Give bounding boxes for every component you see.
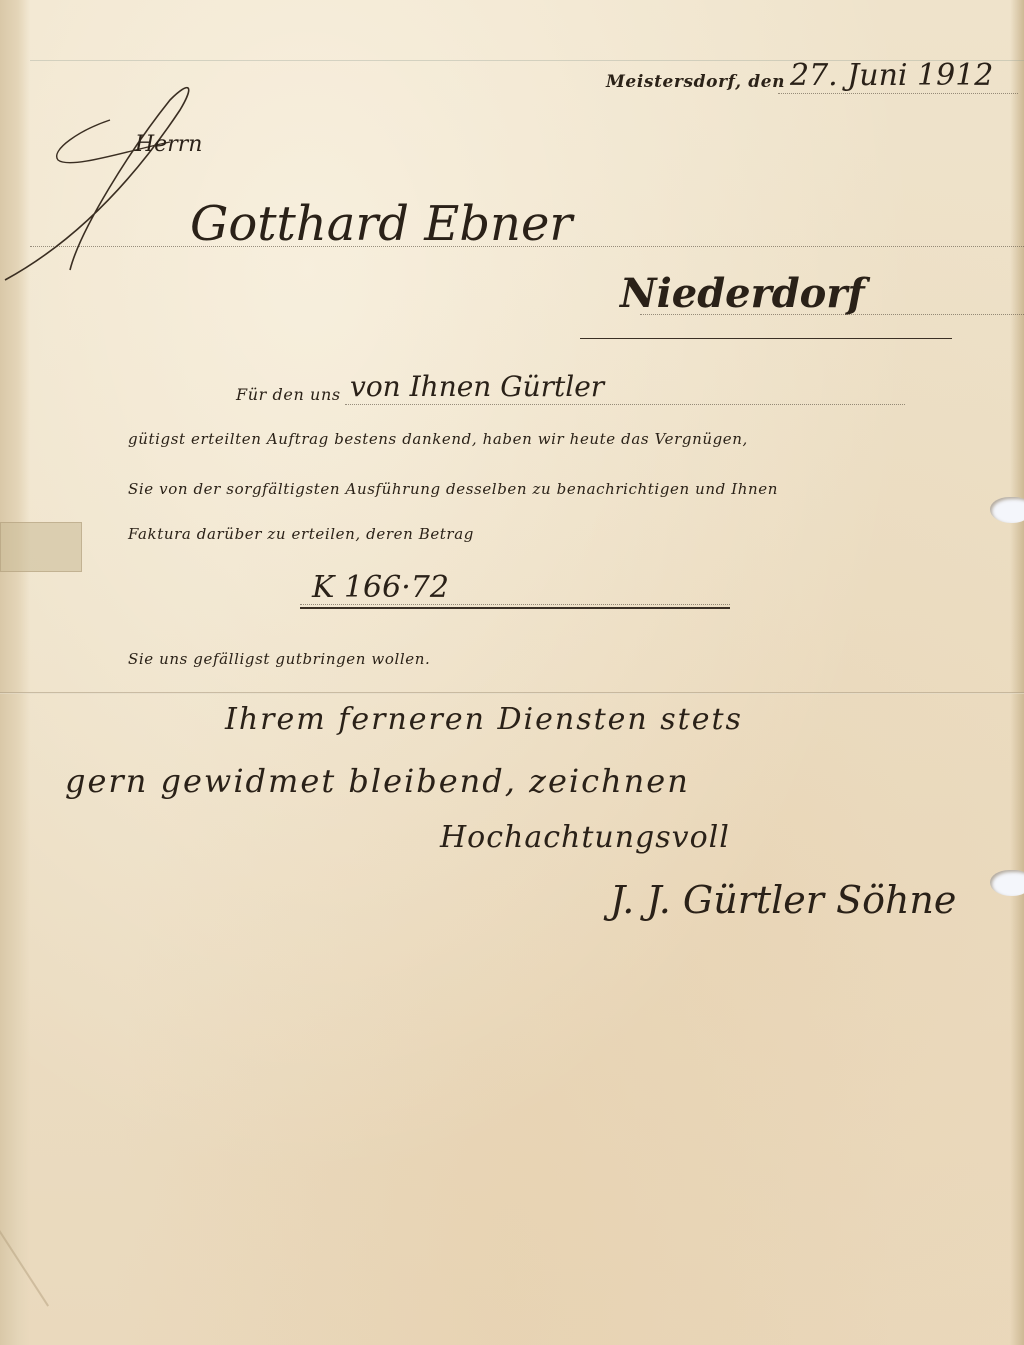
amount-dotted-line — [300, 604, 730, 605]
date-dotted-line — [778, 93, 1018, 94]
fold-line — [0, 692, 1024, 694]
closing-line1: Ihrem ferneren Diensten stets — [225, 702, 743, 737]
punch-hole-lower — [990, 870, 1024, 896]
letter-page: Meistersdorf, den 27. Juni 1912 Herrn Go… — [0, 0, 1024, 1345]
amount-handwritten: K 166·72 — [312, 570, 449, 605]
body-line1-dotted — [345, 404, 905, 405]
paper-edge-right — [1010, 0, 1024, 1345]
tape-patch — [0, 522, 82, 572]
signature: J. J. Gürtler Söhne — [610, 878, 956, 922]
town-underline — [580, 338, 952, 339]
place-label: Meistersdorf, den — [606, 72, 785, 92]
closing-printed: Sie uns gefälligst gutbringen wollen. — [128, 650, 430, 668]
salutation-handwritten: Herrn — [135, 132, 202, 157]
date-handwritten: 27. Juni 1912 — [790, 58, 993, 93]
recipient-name: Gotthard Ebner — [190, 196, 572, 252]
body-line1-printed: Für den uns — [236, 385, 341, 404]
body-line4: Faktura darüber zu erteilen, deren Betra… — [128, 525, 474, 543]
body-line1-handwritten: von Ihnen Gürtler — [350, 370, 604, 403]
recipient-town: Niederdorf — [620, 270, 865, 317]
salutation-flourish — [0, 80, 260, 310]
punch-hole-upper — [990, 497, 1024, 523]
body-line3: Sie von der sorgfältigsten Ausführung de… — [128, 480, 778, 498]
amount-underline — [300, 607, 730, 609]
closing-line2: gern gewidmet bleibend, zeichnen — [65, 762, 690, 800]
body-line2: gütigst erteilten Auftrag bestens danken… — [128, 430, 748, 448]
closing-line3: Hochachtungsvoll — [440, 820, 730, 855]
